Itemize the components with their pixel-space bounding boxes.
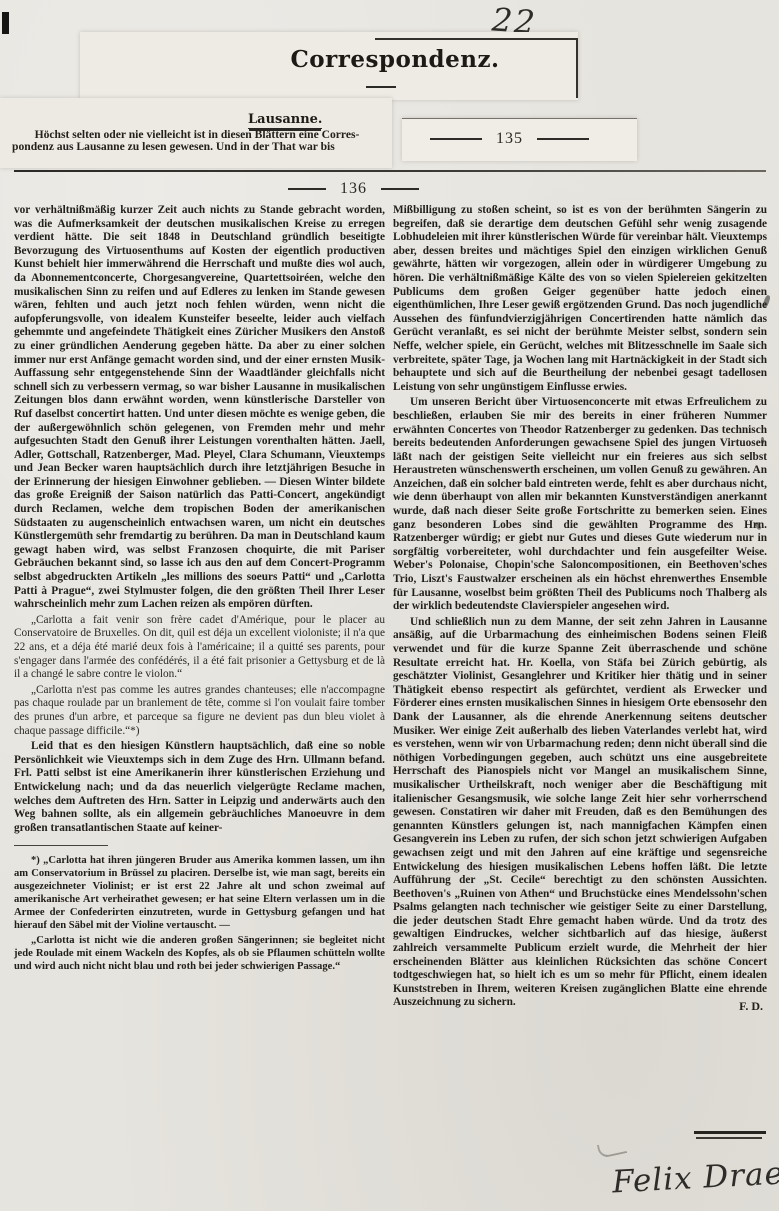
scanned-page: 22 Correspondenz. Lausanne. Höchst selte… [0,0,779,1211]
dash-rule [288,188,326,190]
page-title: Correspondenz. [255,46,535,73]
footnote-separator [14,845,108,846]
page-number-135: 135 [430,130,589,148]
paragraph: Und schließlich nun zu dem Manne, der se… [393,616,767,1010]
clipping-border-right [576,38,578,98]
handwritten-signature: Felix Draeseke [611,1152,779,1201]
left-column: vor verhältnißmäßig kurzer Zeit auch nic… [14,204,385,975]
title-ornament-dash [366,86,396,88]
intro-line-1: Höchst selten oder nie vielleicht ist in… [12,129,382,141]
paragraph: „Carlotta a fait venir son frère cadet d… [14,614,385,682]
page-number-previous: 135 [496,130,523,148]
rule-line [696,1137,762,1139]
page-number-current: 136 [340,180,367,198]
paragraph: vor verhältnißmäßig kurzer Zeit auch nic… [14,204,385,612]
scan-artifact-top-left [2,12,9,34]
intro-line-2: pondenz aus Lausanne zu lesen gewesen. U… [12,141,382,153]
closing-double-rule [694,1131,766,1139]
right-column: Mißbilligung zu stoßen scheint, so ist e… [393,204,767,1014]
paragraph: Mißbilligung zu stoßen scheint, so ist e… [393,204,767,394]
dash-rule [430,138,482,140]
section-title: Lausanne. [248,112,322,129]
paragraph: Leid that es den hiesigen Künstlern haup… [14,740,385,835]
horizontal-rule [14,170,766,172]
clipping-border-top [375,38,578,40]
dash-rule [381,188,419,190]
paragraph: „Carlotta n'est pas comme les autres gra… [14,684,385,738]
paragraph: „Carlotta ist nicht wie die anderen groß… [14,935,385,974]
dash-rule [537,138,589,140]
paragraph: Um unseren Bericht über Virtuosenconcert… [393,396,767,614]
pencil-mark [597,1139,627,1159]
page-number-136: 136 [288,180,419,198]
intro-text: Höchst selten oder nie vielleicht ist in… [12,129,382,152]
rule-line [694,1131,766,1134]
paragraph: *) „Carlotta hat ihren jüngeren Bruder a… [14,855,385,932]
